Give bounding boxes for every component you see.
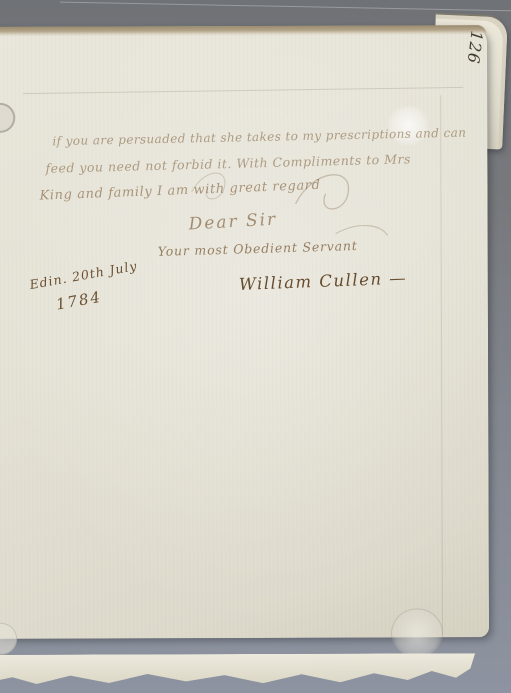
scanner-glare-line (60, 2, 511, 12)
adhesive-mark-bottom-right (391, 608, 443, 658)
closing-valediction: Your most Obedient Servant (158, 238, 358, 259)
dateline-year: 1784 (55, 288, 104, 314)
torn-bottom-edge (0, 653, 475, 689)
closing-salutation: Dear Sir (188, 210, 278, 235)
signature-william-cullen: William Cullen — (239, 268, 408, 293)
horizontal-fold-crease (23, 87, 463, 94)
letter-body-line-2: feed you need not forbid it. With Compli… (45, 151, 411, 176)
dateline-place-date: Edin. 20th July (28, 258, 138, 292)
letter-page: if you are persuaded that she takes to m… (0, 25, 489, 639)
page-gilt-top-edge (0, 25, 487, 37)
adhesive-mark-top-left (0, 103, 15, 133)
vertical-fold-crease (440, 95, 443, 635)
adhesive-mark-bottom-left (0, 623, 17, 655)
letter-body-line-3: King and family I am with great regard (39, 178, 320, 204)
scanner-background: if you are persuaded that she takes to m… (0, 0, 511, 693)
